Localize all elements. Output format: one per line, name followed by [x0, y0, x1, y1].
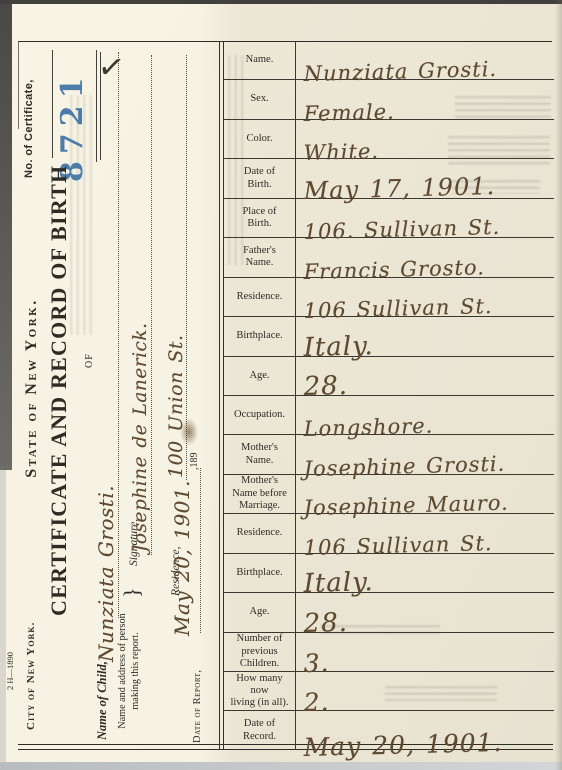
field-value-cell: 28. [296, 593, 554, 631]
reporter-label: Name and address of person making this r… [117, 605, 143, 737]
child-name-dotted-line [118, 52, 119, 618]
field-value-cell: May 20, 1901. [296, 711, 554, 749]
scan-edge-left [0, 4, 12, 470]
field-label: Mother's Name before Marriage. [224, 475, 296, 513]
field-label: Date of Record. [224, 711, 296, 749]
field-value-cell: Francis Grosto. [296, 238, 554, 276]
field-value-cell: 3. [296, 633, 554, 671]
report-date-dotted-line [200, 468, 201, 633]
date-of-report-label: Date of Report, [193, 631, 204, 743]
table-row: Sex.Female. [224, 80, 554, 119]
field-value-cell: Italy. [296, 317, 554, 355]
field-value-cell: 2. [296, 672, 554, 710]
field-label: Color. [224, 120, 296, 158]
scan-edge-top [0, 0, 562, 4]
scan-edge-left-lower [0, 470, 6, 762]
field-label: Date of Birth. [224, 159, 296, 197]
table-row: Date of Record.May 20, 1901. [224, 711, 554, 749]
field-label: Sex. [224, 80, 296, 118]
scan-edge-bottom [0, 762, 562, 770]
field-value-cell: 106 Sullivan St. [296, 514, 554, 552]
table-row: Father's Name.Francis Grosto. [224, 238, 554, 277]
stamp-rule-left [52, 50, 53, 158]
ink-blot [180, 418, 198, 446]
table-row: How many now living (in all).2. [224, 672, 554, 711]
field-label: Occupation. [224, 396, 296, 434]
field-value-cell: Longshore. [296, 396, 554, 434]
field-value-cell: Italy. [296, 554, 554, 592]
signature-handwritten: Josephine de Lanerick. [132, 62, 151, 552]
field-value-cell: Josephine Grosti. [296, 435, 554, 473]
city-label: City of New York. [26, 622, 37, 730]
state-label: State of New York. [24, 254, 40, 522]
certificate-title: CERTIFICATE AND RECORD OF BIRTH [48, 166, 70, 616]
certificate-title-of: OF [85, 346, 95, 368]
checkmark: ✓ [95, 46, 127, 87]
certificate-no-label: No. of Certificate, [24, 52, 35, 178]
table-row: Mother's Name.Josephine Grosti. [224, 435, 554, 474]
table-row: Date of Birth.May 17, 1901. [224, 159, 554, 198]
left-border-tick [18, 41, 19, 129]
field-value-cell: White. [296, 120, 554, 158]
form-code: 2 H—1890 [6, 626, 15, 690]
table-row: Birthplace.Italy. [224, 317, 554, 356]
table-row: Mother's Name before Marriage.Josephine … [224, 475, 554, 514]
table-row: Residence.106 Sullivan St. [224, 514, 554, 553]
table-row: Name.Nunziata Grosti. [224, 41, 554, 80]
table-row: Age.28. [224, 357, 554, 396]
table-row: Age.28. [224, 593, 554, 632]
table-row: Residence.106 Sullivan St. [224, 278, 554, 317]
table-row: Occupation.Longshore. [224, 396, 554, 435]
field-label: Birthplace. [224, 317, 296, 355]
field-label: How many now living (in all). [224, 672, 296, 710]
field-value-cell: 106. Sullivan St. [296, 199, 554, 237]
field-label: Residence. [224, 514, 296, 552]
field-label: Number of previous Children. [224, 633, 296, 671]
signature-dotted-line [151, 55, 152, 555]
field-label: Father's Name. [224, 238, 296, 276]
record-table: Name.Nunziata Grosti.Sex.Female.Color.Wh… [224, 41, 554, 750]
field-label: Name. [224, 41, 296, 79]
table-row: Place of Birth.106. Sullivan St. [224, 199, 554, 238]
field-value-cell: 28. [296, 357, 554, 395]
field-label: Birthplace. [224, 554, 296, 592]
scan-edge-right [555, 0, 562, 770]
birth-certificate-scan: No. of Certificate, 8721 ✓ State of New … [0, 0, 562, 770]
field-label: Residence. [224, 278, 296, 316]
table-row: Birthplace.Italy. [224, 554, 554, 593]
table-row: Number of previous Children.3. [224, 633, 554, 672]
name-of-child-handwritten: Nunziata Grosti. [96, 254, 116, 662]
field-value-cell: Female. [296, 80, 554, 118]
handwritten-entry: May 20, 1901. [303, 728, 503, 762]
field-label: Mother's Name. [224, 435, 296, 473]
date-of-report-handwritten: May 20, 1901. [172, 416, 192, 636]
table-row: Color.White. [224, 120, 554, 159]
field-value-cell: Nunziata Grosti. [296, 41, 554, 79]
field-value-cell: May 17, 1901. [296, 159, 554, 197]
field-label: Age. [224, 357, 296, 395]
certificate-number-stamp: 8721 [58, 62, 88, 182]
field-label: Place of Birth. [224, 199, 296, 237]
field-value-cell: Josephine Mauro. [296, 475, 554, 513]
field-label: Age. [224, 593, 296, 631]
field-value-cell: 106 Sullivan St. [296, 278, 554, 316]
